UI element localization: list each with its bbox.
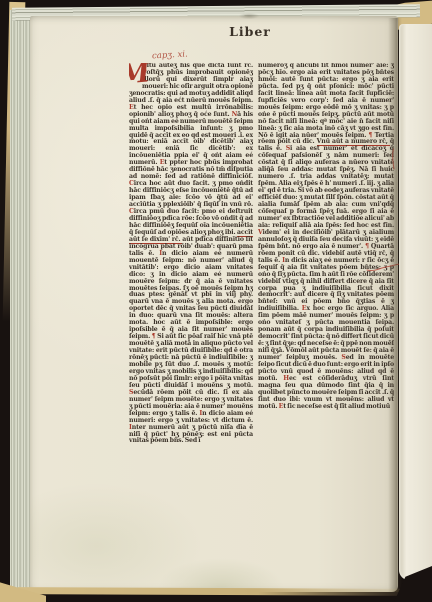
text-column-left: MVltū autēʒ his que dicta ſunt rc̄. Poſt… [129,63,253,447]
text-column-right-body: numeroʒ q̄ alicubi ſit hmōi numer' aie: … [258,63,394,410]
ink-smudge [236,12,262,20]
rubricated-drop-cap: M [129,63,142,89]
book-photograph: Liber capʒ. xi. MVltū autēʒ his que dict… [0,0,432,602]
cover-edge-bottom [18,587,418,596]
facing-page-edge [399,24,432,580]
running-title: Liber [160,24,340,39]
text-column-left-body: Vltū autēʒ his que dicta ſunt rc̄. Poſtq… [129,63,253,444]
